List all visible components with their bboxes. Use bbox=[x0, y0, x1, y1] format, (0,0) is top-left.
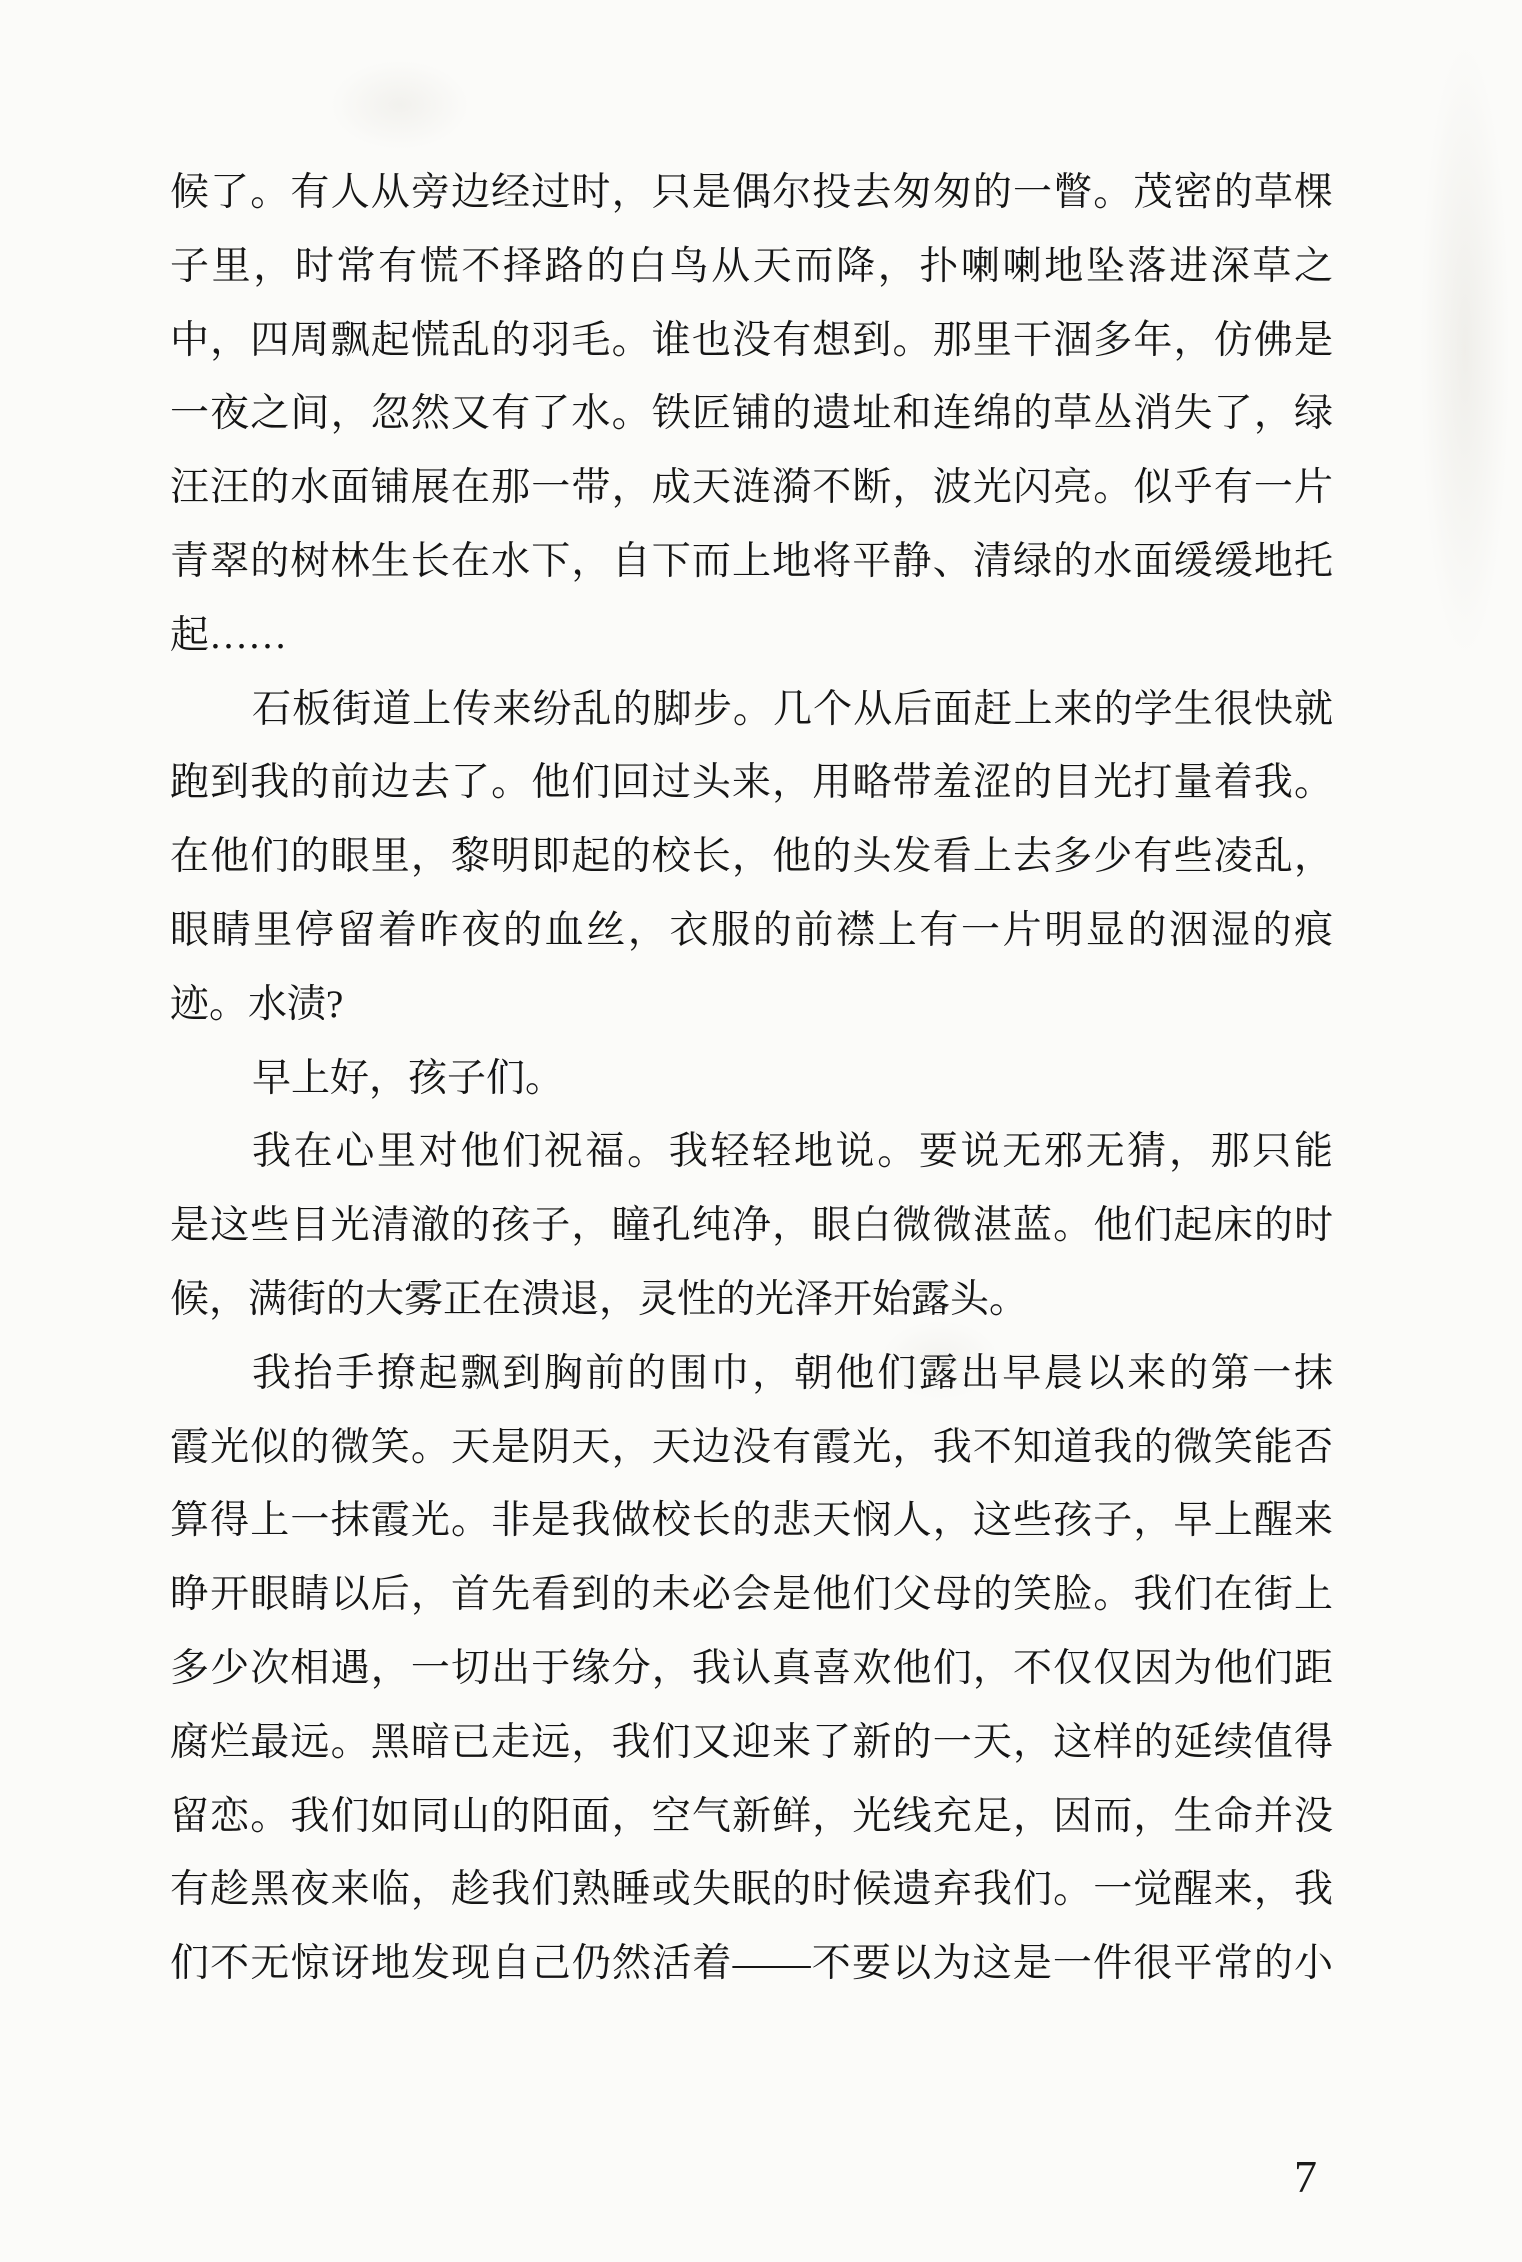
text-line: 腐烂最远。黑暗已走远，我们又迎来了新的一天，这样的延续值得 bbox=[170, 1706, 1333, 1780]
text-line: 候，满街的大雾正在溃退，灵性的光泽开始露头。 bbox=[170, 1263, 1333, 1337]
text-line: 霞光似的微笑。天是阴天，天边没有霞光，我不知道我的微笑能否 bbox=[170, 1411, 1333, 1485]
text-line: 是这些目光清澈的孩子，瞳孔纯净，眼白微微湛蓝。他们起床的时 bbox=[170, 1189, 1333, 1263]
text-line: 睁开眼睛以后，首先看到的未必会是他们父母的笑脸。我们在街上 bbox=[170, 1558, 1333, 1632]
text-line: 有趁黑夜来临，趁我们熟睡或失眠的时候遗弃我们。一觉醒来，我 bbox=[170, 1853, 1333, 1927]
text-line: 子里，时常有慌不择路的白鸟从天而降，扑喇喇地坠落进深草之 bbox=[170, 230, 1333, 304]
page-number: 7 bbox=[1294, 2150, 1317, 2203]
scan-smudge bbox=[330, 60, 470, 150]
scan-smudge bbox=[1420, 40, 1510, 660]
text-line: 青翠的树林生长在水下，自下而上地将平静、清绿的水面缓缓地托 bbox=[170, 525, 1333, 599]
text-line: 我在心里对他们祝福。我轻轻地说。要说无邪无猜，那只能 bbox=[170, 1115, 1333, 1189]
text-line: 一夜之间，忽然又有了水。铁匠铺的遗址和连绵的草丛消失了，绿 bbox=[170, 377, 1333, 451]
book-page: { "page": { "background_color": "#fbfbf9… bbox=[0, 0, 1522, 2262]
text-line: 们不无惊讶地发现自己仍然活着——不要以为这是一件很平常的小 bbox=[170, 1927, 1333, 2001]
text-line: 汪汪的水面铺展在那一带，成天涟漪不断，波光闪亮。似乎有一片 bbox=[170, 451, 1333, 525]
text-line: 多少次相遇，一切出于缘分，我认真喜欢他们，不仅仅因为他们距 bbox=[170, 1632, 1333, 1706]
text-line: 石板街道上传来纷乱的脚步。几个从后面赶上来的学生很快就 bbox=[170, 673, 1333, 747]
text-line: 起…… bbox=[170, 599, 1333, 673]
text-line: 跑到我的前边去了。他们回过头来，用略带羞涩的目光打量着我。 bbox=[170, 746, 1333, 820]
text-line: 眼睛里停留着昨夜的血丝，衣服的前襟上有一片明显的洇湿的痕 bbox=[170, 894, 1333, 968]
text-line: 在他们的眼里，黎明即起的校长，他的头发看上去多少有些凌乱， bbox=[170, 820, 1333, 894]
text-line: 早上好，孩子们。 bbox=[170, 1042, 1333, 1116]
text-line: 中，四周飘起慌乱的羽毛。谁也没有想到。那里干涸多年，仿佛是 bbox=[170, 304, 1333, 378]
text-line: 候了。有人从旁边经过时，只是偶尔投去匆匆的一瞥。茂密的草棵 bbox=[170, 156, 1333, 230]
text-line: 迹。水渍? bbox=[170, 968, 1333, 1042]
text-line: 我抬手撩起飘到胸前的围巾，朝他们露出早晨以来的第一抹 bbox=[170, 1337, 1333, 1411]
text-line: 算得上一抹霞光。非是我做校长的悲天悯人，这些孩子，早上醒来 bbox=[170, 1484, 1333, 1558]
page-text: 候了。有人从旁边经过时，只是偶尔投去匆匆的一瞥。茂密的草棵子里，时常有慌不择路的… bbox=[170, 156, 1333, 2001]
text-line: 留恋。我们如同山的阳面，空气新鲜，光线充足，因而，生命并没 bbox=[170, 1780, 1333, 1854]
